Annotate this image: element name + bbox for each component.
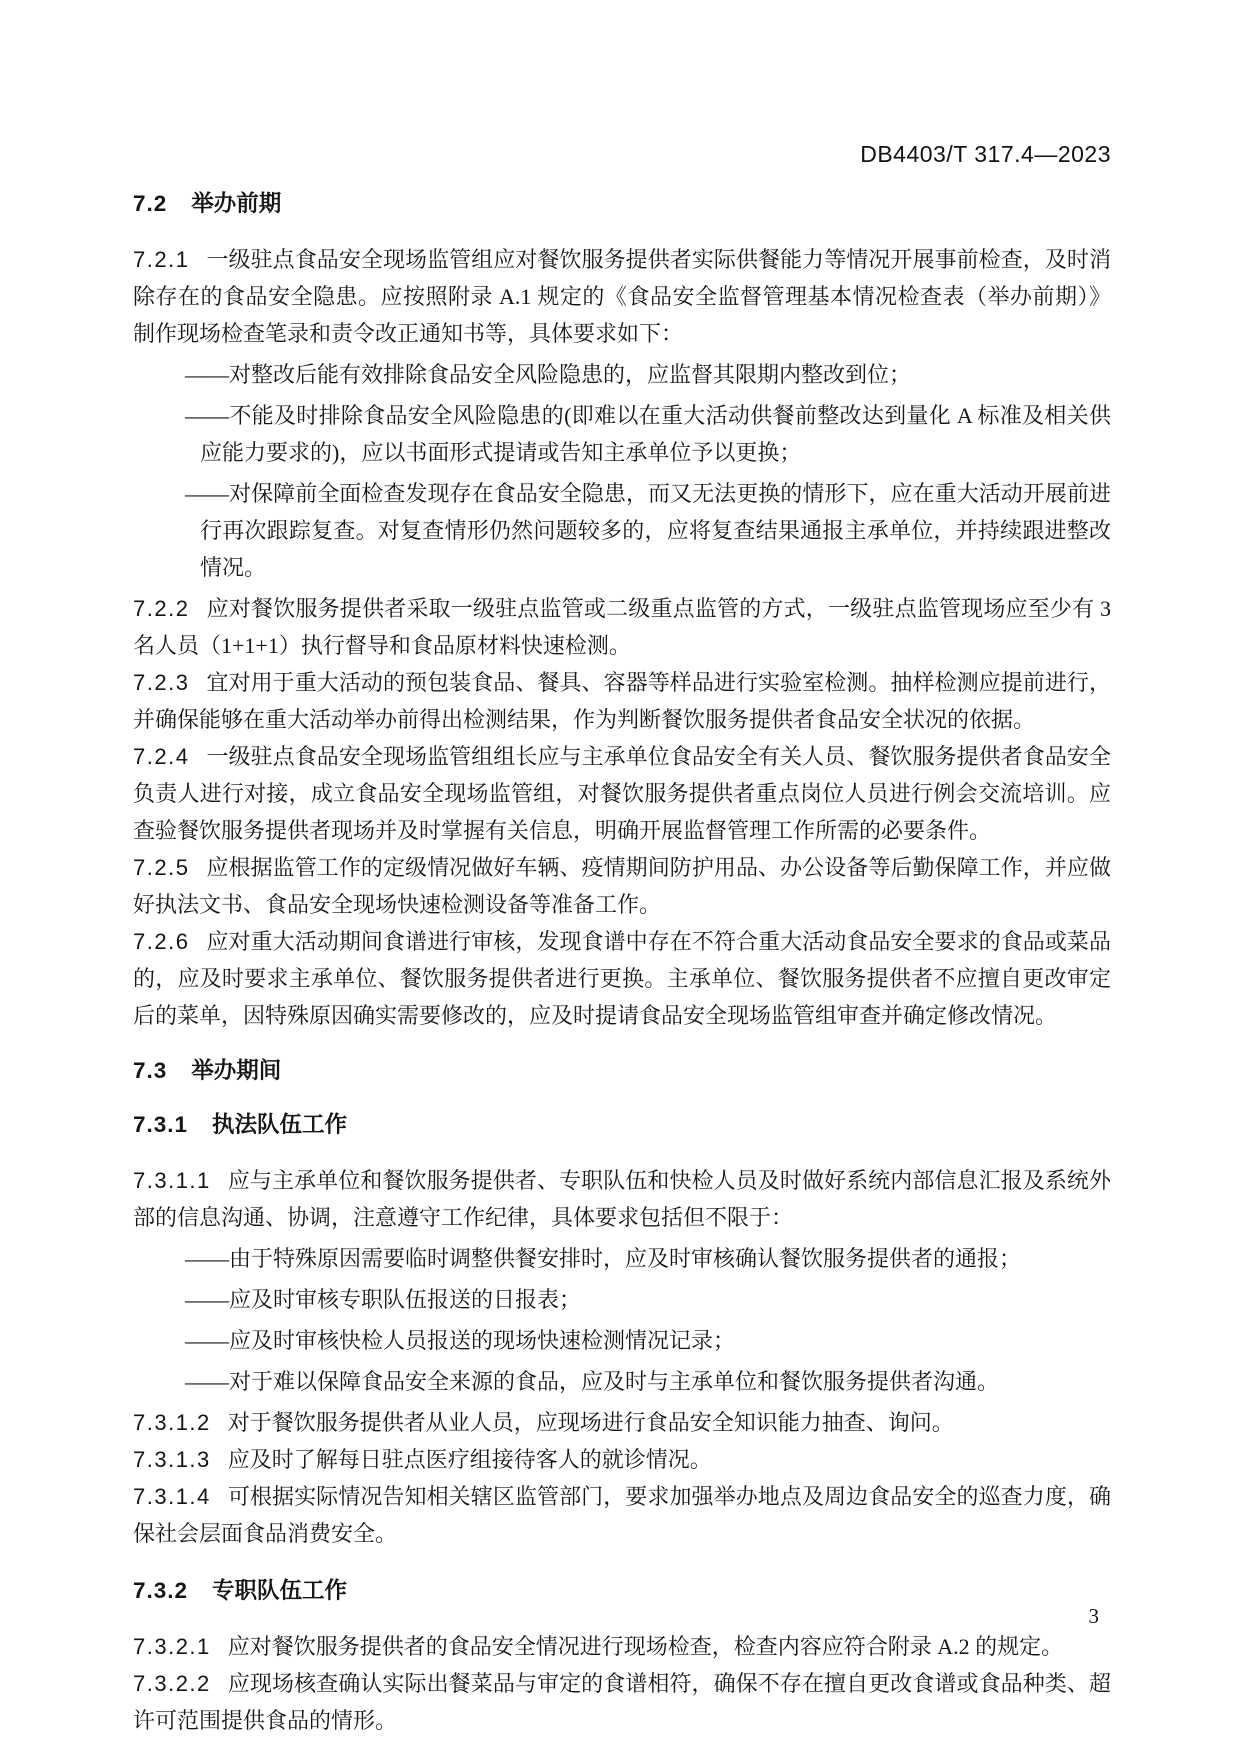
clause-number: 7.2.1 <box>133 247 189 272</box>
clause-text: 应对餐饮服务提供者的食品安全情况进行现场检查，检查内容应符合附录 A.2 的规定… <box>228 1634 1063 1659</box>
clause-number: 7.3.1.4 <box>133 1484 211 1509</box>
document-body: 7.2举办前期7.2.1一级驻点食品安全现场监管组应对餐饮服务提供者实际供餐能力… <box>133 189 1111 1739</box>
clause-paragraph: 7.2.5应根据监管工作的定级情况做好车辆、疫情期间防护用品、办公设备等后勤保障… <box>133 849 1111 923</box>
clause-paragraph: 7.3.1.4可根据实际情况告知相关辖区监管部门，要求加强举办地点及周边食品安全… <box>133 1478 1111 1552</box>
dash-item: ——不能及时排除食品安全风险隐患的(即难以在重大活动供餐前整改达到量化 A 标准… <box>133 397 1111 471</box>
clause-number: 7.2.4 <box>133 744 189 769</box>
heading-title: 举办前期 <box>191 191 281 216</box>
standard-number: DB4403/T 317.4—2023 <box>133 141 1111 167</box>
dash-item: ——对于难以保障食品安全来源的食品，应及时与主承单位和餐饮服务提供者沟通。 <box>133 1363 1111 1400</box>
section-heading: 7.3.2专职队伍工作 <box>133 1576 1111 1606</box>
clause-number: 7.2.6 <box>133 929 189 954</box>
heading-number: 7.3.2 <box>133 1578 188 1603</box>
clause-text: 可根据实际情况告知相关辖区监管部门，要求加强举办地点及周边食品安全的巡查力度，确… <box>133 1484 1111 1546</box>
dash-item: ——应及时审核快检人员报送的现场快速检测情况记录； <box>133 1322 1111 1359</box>
clause-text: 应对餐饮服务提供者采取一级驻点监管或二级重点监管的方式，一级驻点监管现场应至少有… <box>133 596 1111 658</box>
document-page: DB4403/T 317.4—2023 7.2举办前期7.2.1一级驻点食品安全… <box>0 0 1241 1754</box>
clause-text: 应对重大活动期间食谱进行审核，发现食谱中存在不符合重大活动食品安全要求的食品或菜… <box>133 929 1111 1028</box>
heading-title: 举办期间 <box>191 1058 281 1083</box>
clause-text: 应及时了解每日驻点医疗组接待客人的就诊情况。 <box>228 1447 712 1472</box>
clause-text: 一级驻点食品安全现场监管组组长应与主承单位食品安全有关人员、餐饮服务提供者食品安… <box>133 744 1111 843</box>
clause-number: 7.3.2.2 <box>133 1671 211 1696</box>
clause-text: 宜对用于重大活动的预包装食品、餐具、容器等样品进行实验室检测。抽样检测应提前进行… <box>133 670 1111 732</box>
clause-paragraph: 7.3.1.3应及时了解每日驻点医疗组接待客人的就诊情况。 <box>133 1441 1111 1478</box>
clause-number: 7.3.2.1 <box>133 1634 211 1659</box>
clause-paragraph: 7.2.2应对餐饮服务提供者采取一级驻点监管或二级重点监管的方式，一级驻点监管现… <box>133 590 1111 664</box>
dash-item: ——应及时审核专职队伍报送的日报表； <box>133 1281 1111 1318</box>
dash-item: ——对保障前全面检查发现存在食品安全隐患，而又无法更换的情形下，应在重大活动开展… <box>133 475 1111 586</box>
section-heading: 7.3.1执法队伍工作 <box>133 1110 1111 1140</box>
clause-text: 应根据监管工作的定级情况做好车辆、疫情期间防护用品、办公设备等后勤保障工作，并应… <box>133 855 1111 917</box>
clause-paragraph: 7.3.2.2应现场核查确认实际出餐菜品与审定的食谱相符，确保不存在擅自更改食谱… <box>133 1665 1111 1739</box>
clause-text: 一级驻点食品安全现场监管组应对餐饮服务提供者实际供餐能力等情况开展事前检查，及时… <box>133 247 1111 346</box>
clause-number: 7.3.1.3 <box>133 1447 211 1472</box>
clause-paragraph: 7.2.1一级驻点食品安全现场监管组应对餐饮服务提供者实际供餐能力等情况开展事前… <box>133 241 1111 352</box>
clause-number: 7.3.1.1 <box>133 1168 211 1193</box>
dash-item: ——由于特殊原因需要临时调整供餐安排时，应及时审核确认餐饮服务提供者的通报； <box>133 1240 1111 1277</box>
clause-text: 应现场核查确认实际出餐菜品与审定的食谱相符，确保不存在擅自更改食谱或食品种类、超… <box>133 1671 1111 1733</box>
clause-text: 应与主承单位和餐饮服务提供者、专职队伍和快检人员及时做好系统内部信息汇报及系统外… <box>133 1168 1111 1230</box>
clause-paragraph: 7.2.6应对重大活动期间食谱进行审核，发现食谱中存在不符合重大活动食品安全要求… <box>133 923 1111 1034</box>
heading-number: 7.3.1 <box>133 1112 188 1137</box>
heading-title: 执法队伍工作 <box>212 1112 347 1137</box>
clause-paragraph: 7.3.1.2对于餐饮服务提供者从业人员，应现场进行食品安全知识能力抽查、询问。 <box>133 1404 1111 1441</box>
page-number: 3 <box>1089 1601 1100 1631</box>
heading-number: 7.3 <box>133 1058 167 1083</box>
section-heading: 7.3举办期间 <box>133 1056 1111 1086</box>
section-heading: 7.2举办前期 <box>133 189 1111 219</box>
clause-number: 7.2.2 <box>133 596 189 621</box>
clause-paragraph: 7.2.3宜对用于重大活动的预包装食品、餐具、容器等样品进行实验室检测。抽样检测… <box>133 664 1111 738</box>
clause-number: 7.3.1.2 <box>133 1410 211 1435</box>
dash-item: ——对整改后能有效排除食品安全风险隐患的，应监督其限期内整改到位； <box>133 356 1111 393</box>
clause-paragraph: 7.2.4一级驻点食品安全现场监管组组长应与主承单位食品安全有关人员、餐饮服务提… <box>133 738 1111 849</box>
clause-number: 7.2.5 <box>133 855 189 880</box>
clause-paragraph: 7.3.1.1应与主承单位和餐饮服务提供者、专职队伍和快检人员及时做好系统内部信… <box>133 1162 1111 1236</box>
clause-text: 对于餐饮服务提供者从业人员，应现场进行食品安全知识能力抽查、询问。 <box>228 1410 954 1435</box>
clause-paragraph: 7.3.2.1应对餐饮服务提供者的食品安全情况进行现场检查，检查内容应符合附录 … <box>133 1628 1111 1665</box>
clause-number: 7.2.3 <box>133 670 189 695</box>
heading-number: 7.2 <box>133 191 167 216</box>
heading-title: 专职队伍工作 <box>212 1578 347 1603</box>
